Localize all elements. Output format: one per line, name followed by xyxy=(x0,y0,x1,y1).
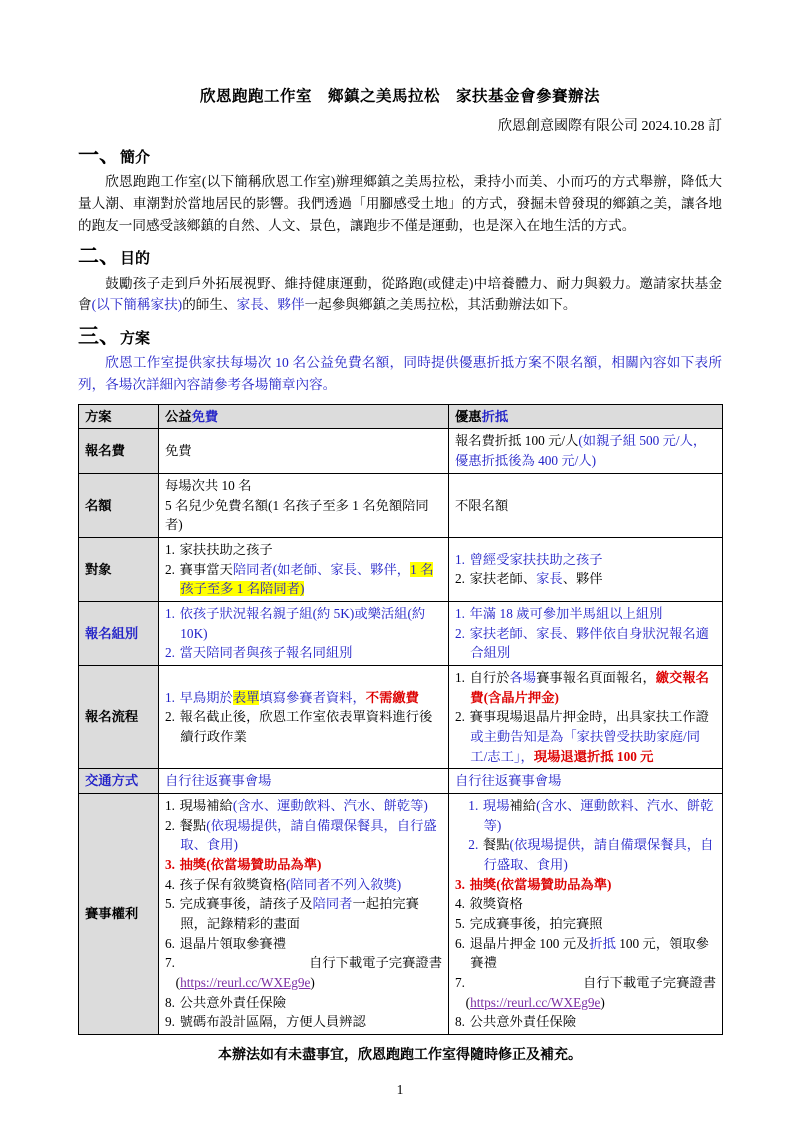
text-segment: 優惠 xyxy=(455,409,482,424)
text-segment: 每場次共 10 名 xyxy=(165,478,251,493)
list-item-number: 2. xyxy=(165,645,175,660)
list-item: 2.餐點(依現場提供，請自備環保餐具，自行盛取、食用) xyxy=(468,835,716,874)
list-item-number: 1. xyxy=(165,798,175,813)
text-line: 自行往返賽事會場 xyxy=(455,771,716,791)
text-segment: 敘獎資格 xyxy=(470,896,523,911)
table-header-cell: 方案 xyxy=(79,404,159,429)
right-aligned-text: 自行下載電子完賽證書 xyxy=(309,953,442,973)
text-segment: 賽事現場退晶片押金時，出具家扶工作證 xyxy=(470,709,709,724)
page-number: 1 xyxy=(0,1082,800,1098)
text-segment: 報名費折抵 100 元/人 xyxy=(455,433,578,448)
list-item-number: 1. xyxy=(468,798,478,813)
list-item-number: 9. xyxy=(165,1014,175,1029)
text-segment: 曾經受家扶扶助之孩子 xyxy=(470,552,603,567)
cell-discount: 自行往返賽事會場 xyxy=(449,769,723,794)
row-label-text: 交通方式 xyxy=(85,773,138,788)
list-item-number: 1. xyxy=(165,690,175,705)
document-footer: 本辦法如有未盡事宜，欣恩跑跑工作室得隨時修正及補充。 xyxy=(78,1044,722,1064)
list-item-number: 2. xyxy=(468,837,478,852)
list-item-number: 1. xyxy=(165,542,175,557)
list-item: 4.敘獎資格 xyxy=(455,894,716,914)
text-line: 每場次共 10 名 xyxy=(165,476,442,496)
text-segment: 自行往返賽事會場 xyxy=(455,773,561,788)
cell-discount: 1.現場補給(含水、運動飲料、汽水、餅乾等)2.餐點(依現場提供，請自備環保餐具… xyxy=(449,793,723,1034)
text-segment: 、夥伴 xyxy=(563,571,603,586)
list-item-number: 1. xyxy=(455,670,465,685)
text-segment: 完成賽事後，拍完賽照 xyxy=(470,916,603,931)
cell-discount: 1.自行於各場賽事報名頁面報名，繳交報名費(含晶片押金)2.賽事現場退晶片押金時… xyxy=(449,665,723,768)
list-item-number: 3. xyxy=(165,857,175,872)
text-line: (https://reurl.cc/WXEg9e) xyxy=(165,973,442,993)
section-number: 一、 xyxy=(78,143,120,167)
row-label-text: 名額 xyxy=(85,498,112,513)
text-segment: 依孩子狀況報名親子組(約 5K)或樂活組(約 10K) xyxy=(180,606,426,641)
certificate-link[interactable]: https://reurl.cc/WXEg9e xyxy=(470,995,600,1010)
text-segment: 免費 xyxy=(165,443,192,458)
text-segment: 餐點 xyxy=(180,818,207,833)
text-segment: 賽事報名頁面報名， xyxy=(536,670,656,685)
text-segment: 表單 xyxy=(233,690,260,705)
table-row-process: 報名流程1.早鳥期於表單填寫參賽者資料，不需繳費2.報名截止後，欣恩工作室依表單… xyxy=(79,665,723,768)
row-label: 報名費 xyxy=(79,429,159,473)
list-item: 9.號碼布設計區隔，方便人員辨認 xyxy=(165,1012,442,1032)
text-segment: 現場補給 xyxy=(180,798,233,813)
text-segment: 自行下載電子完賽證書 xyxy=(309,955,442,970)
text-segment: (以下簡稱家扶) xyxy=(92,297,183,312)
table-header-cell: 公益免費 xyxy=(159,404,449,429)
table-header-cell: 優惠折抵 xyxy=(449,404,723,429)
plan-table: 方案公益免費優惠折抵 報名費免費報名費折抵 100 元/人(如親子組 500 元… xyxy=(78,404,723,1035)
text-segment: 填寫參賽者資料， xyxy=(259,690,365,705)
list-item-number: 2. xyxy=(455,626,465,641)
list-item-number: 7. xyxy=(455,973,465,993)
section-heading-purpose: 二、目的 xyxy=(78,244,722,269)
text-segment: (含水、運動飲料、汽水、餅乾等) xyxy=(233,798,428,813)
cell-public-free: 1.現場補給(含水、運動飲料、汽水、餅乾等)2.餐點(依現場提供，請自備環保餐具… xyxy=(159,793,449,1034)
list-item: 1.早鳥期於表單填寫參賽者資料，不需繳費 xyxy=(165,688,442,708)
list-item-number: 2. xyxy=(455,571,465,586)
list-item-number: 2. xyxy=(455,709,465,724)
section-heading-intro: 一、簡介 xyxy=(78,143,722,168)
list-item: 1.現場補給(含水、運動飲料、汽水、餅乾等) xyxy=(468,796,716,835)
text-segment: 方案 xyxy=(85,409,112,424)
row-label: 對象 xyxy=(79,537,159,601)
text-segment: 欣恩跑跑工作室(以下簡稱欣恩工作室)辦理鄉鎮之美馬拉松，秉持小而美、小而巧的方式… xyxy=(78,174,722,233)
row-label: 報名組別 xyxy=(79,601,159,665)
section-title: 方案 xyxy=(120,331,150,347)
row-label-text: 賽事權利 xyxy=(85,906,138,921)
text-segment: 折抵 xyxy=(482,409,509,424)
table-row-target: 對象1.家扶扶助之孩子2.賽事當天陪同者(如老師、家長、夥伴，1 名孩子至多 1… xyxy=(79,537,723,601)
text-segment: 家長 xyxy=(536,571,563,586)
table-row-fee: 報名費免費報名費折抵 100 元/人(如親子組 500 元/人，優惠折抵後為 4… xyxy=(79,429,723,473)
text-segment: 家長、夥伴 xyxy=(237,297,305,312)
text-segment: 陪同者 xyxy=(313,896,353,911)
list-item: 7.自行下載電子完賽證書 xyxy=(455,973,716,993)
intro-paragraph: 欣恩跑跑工作室(以下簡稱欣恩工作室)辦理鄉鎮之美馬拉松，秉持小而美、小而巧的方式… xyxy=(78,171,722,236)
cell-public-free: 1.早鳥期於表單填寫參賽者資料，不需繳費2.報名截止後，欣恩工作室依表單資料進行… xyxy=(159,665,449,768)
text-segment: 公益 xyxy=(165,409,192,424)
text-segment: ) xyxy=(310,975,314,990)
section-number: 三、 xyxy=(78,324,120,348)
row-label-text: 報名流程 xyxy=(85,709,138,724)
document-page: 欣恩跑跑工作室 鄉鎮之美馬拉松 家扶基金會參賽辦法 欣恩創意國際有限公司 202… xyxy=(0,0,800,1064)
section-title: 目的 xyxy=(120,251,150,267)
plan-paragraph: 欣恩工作室提供家扶每場次 10 名公益免費名額，同時提供優惠折抵方案不限名額，相… xyxy=(78,352,722,396)
list-item: 2.報名截止後，欣恩工作室依表單資料進行後續行政作業 xyxy=(165,707,442,746)
row-label: 交通方式 xyxy=(79,769,159,794)
row-label-text: 報名組別 xyxy=(85,626,138,641)
list-item: 3.抽獎(依當場贊助品為準) xyxy=(165,855,442,875)
list-item-number: 5. xyxy=(165,896,175,911)
list-item-number: 4. xyxy=(165,877,175,892)
text-segment: 陪同者(如老師、家長、夥伴， xyxy=(233,562,410,577)
text-segment: 自行下載電子完賽證書 xyxy=(583,975,716,990)
cell-discount: 1.曾經受家扶扶助之孩子2.家扶老師、家長、夥伴 xyxy=(449,537,723,601)
text-segment: 免費 xyxy=(192,409,219,424)
list-item: 8.公共意外責任保險 xyxy=(165,993,442,1013)
list-item-number: 4. xyxy=(455,896,465,911)
list-item-number: 1. xyxy=(455,606,465,621)
list-item: 5.完成賽事後，請孩子及陪同者一起拍完賽照，記錄精彩的畫面 xyxy=(165,894,442,933)
text-segment: 一起參與鄉鎮之美馬拉松，其活動辦法如下。 xyxy=(305,297,577,312)
text-segment: 公共意外責任保險 xyxy=(470,1014,576,1029)
text-segment: 抽獎(依當場贊助品為準) xyxy=(180,857,322,872)
list-item-number: 6. xyxy=(165,936,175,951)
row-label: 報名流程 xyxy=(79,665,159,768)
table-header-row: 方案公益免費優惠折抵 xyxy=(79,404,723,429)
section-title: 簡介 xyxy=(120,150,150,166)
table-row-quota: 名額每場次共 10 名5 名兒少免費名額(1 名孩子至多 1 名免額陪同者)不限… xyxy=(79,473,723,537)
text-segment: 孩子保有敘獎資格 xyxy=(180,877,286,892)
list-item-number: 2. xyxy=(165,562,175,577)
list-item-number: 6. xyxy=(455,936,465,951)
row-label: 名額 xyxy=(79,473,159,537)
table-row-groups: 報名組別1.依孩子狀況報名親子組(約 5K)或樂活組(約 10K)2.當天陪同者… xyxy=(79,601,723,665)
text-segment: 年滿 18 歲可參加半馬組以上組別 xyxy=(470,606,663,621)
cell-public-free: 1.家扶扶助之孩子2.賽事當天陪同者(如老師、家長、夥伴，1 名孩子至多 1 名… xyxy=(159,537,449,601)
text-segment: 報名截止後，欣恩工作室依表單資料進行後續行政作業 xyxy=(180,709,433,744)
text-segment: 不需繳費 xyxy=(366,690,419,705)
list-item-number: 3. xyxy=(455,877,465,892)
list-item: 2.當天陪同者與孩子報名同組別 xyxy=(165,643,442,663)
text-segment: 現場 xyxy=(483,798,510,813)
text-segment: 家扶扶助之孩子 xyxy=(180,542,273,557)
text-segment: (依現場提供，請自備環保餐具，自行盛取、食用) xyxy=(484,837,714,872)
text-segment: 餐點 xyxy=(483,837,510,852)
cell-public-free: 1.依孩子狀況報名親子組(約 5K)或樂活組(約 10K)2.當天陪同者與孩子報… xyxy=(159,601,449,665)
purpose-paragraph: 鼓勵孩子走到戶外拓展視野、維持健康運動，從路跑(或健走)中培養體力、耐力與毅力。… xyxy=(78,273,722,317)
text-segment: 退晶片領取參賽禮 xyxy=(180,936,286,951)
text-segment: 不限名額 xyxy=(455,498,508,513)
text-segment: 的師生、 xyxy=(182,297,236,312)
list-item-number: 5. xyxy=(455,916,465,931)
cell-discount: 1.年滿 18 歲可參加半馬組以上組別2.家扶老師、家長、夥伴依自身狀況報名適合… xyxy=(449,601,723,665)
list-item-number: 1. xyxy=(455,552,465,567)
section-number: 二、 xyxy=(78,244,120,268)
text-line: 報名費折抵 100 元/人(如親子組 500 元/人，優惠折抵後為 400 元/… xyxy=(455,431,716,470)
list-item: 6.退晶片押金 100 元及折抵 100 元，領取參賽禮 xyxy=(455,934,716,973)
list-item: 2.餐點(依現場提供，請自備環保餐具，自行盛取、食用) xyxy=(165,816,442,855)
list-item: 2.家扶老師、家長、夥伴 xyxy=(455,569,716,589)
row-label-text: 報名費 xyxy=(85,443,125,458)
text-segment: 抽獎(依當場贊助品為準) xyxy=(470,877,612,892)
text-segment: 退晶片押金 100 元及 xyxy=(470,936,590,951)
cell-public-free: 每場次共 10 名5 名兒少免費名額(1 名孩子至多 1 名免額陪同者) xyxy=(159,473,449,537)
text-segment: 早鳥期於 xyxy=(180,690,233,705)
list-item: 7.自行下載電子完賽證書 xyxy=(165,953,442,973)
list-item-number: 8. xyxy=(165,995,175,1010)
list-item: 1.曾經受家扶扶助之孩子 xyxy=(455,550,716,570)
text-segment: (依現場提供，請自備環保餐具，自行盛取、食用) xyxy=(180,818,436,853)
row-label-text: 對象 xyxy=(85,562,112,577)
text-segment: 補給 xyxy=(510,798,537,813)
table-row-rights: 賽事權利1.現場補給(含水、運動飲料、汽水、餅乾等)2.餐點(依現場提供，請自備… xyxy=(79,793,723,1034)
text-line: (https://reurl.cc/WXEg9e) xyxy=(455,993,716,1013)
text-segment: 家扶老師、家長、夥伴依自身狀況報名適合組別 xyxy=(470,626,709,661)
text-line: 自行往返賽事會場 xyxy=(165,771,442,791)
list-item: 2.賽事現場退晶片押金時，出具家扶工作證或主動告知是為「家扶曾受扶助家庭/同工/… xyxy=(455,707,716,766)
certificate-link[interactable]: https://reurl.cc/WXEg9e xyxy=(180,975,310,990)
text-line: 免費 xyxy=(165,441,442,461)
list-item: 3.抽獎(依當場贊助品為準) xyxy=(455,875,716,895)
text-line: 不限名額 xyxy=(455,496,716,516)
text-segment: 自行於 xyxy=(470,670,510,685)
text-segment: 現場退還折抵 100 元 xyxy=(534,749,654,764)
list-item: 1.現場補給(含水、運動飲料、汽水、餅乾等) xyxy=(165,796,442,816)
cell-public-free: 免費 xyxy=(159,429,449,473)
table-row-transport: 交通方式自行往返賽事會場自行往返賽事會場 xyxy=(79,769,723,794)
cell-discount: 不限名額 xyxy=(449,473,723,537)
list-item: 1.自行於各場賽事報名頁面報名，繳交報名費(含晶片押金) xyxy=(455,668,716,707)
list-item: 2.家扶老師、家長、夥伴依自身狀況報名適合組別 xyxy=(455,624,716,663)
text-segment: 欣恩工作室提供家扶每場次 10 名公益免費名額，同時提供優惠折抵方案不限名額，相… xyxy=(78,355,722,392)
text-segment: 折抵 xyxy=(589,936,616,951)
list-item-number: 2. xyxy=(165,709,175,724)
list-item: 6.退晶片領取參賽禮 xyxy=(165,934,442,954)
cell-discount: 報名費折抵 100 元/人(如親子組 500 元/人，優惠折抵後為 400 元/… xyxy=(449,429,723,473)
text-segment: ) xyxy=(600,995,604,1010)
text-segment: 自行往返賽事會場 xyxy=(165,773,271,788)
list-item: 2.賽事當天陪同者(如老師、家長、夥伴，1 名孩子至多 1 名陪同者) xyxy=(165,560,442,599)
list-item-number: 2. xyxy=(165,818,175,833)
text-segment: 賽事當天 xyxy=(180,562,233,577)
row-label: 賽事權利 xyxy=(79,793,159,1034)
list-item-number: 1. xyxy=(165,606,175,621)
list-item: 1.年滿 18 歲可參加半馬組以上組別 xyxy=(455,604,716,624)
list-item-number: 7. xyxy=(165,953,175,973)
section-heading-plan: 三、方案 xyxy=(78,324,722,349)
list-item: 4.孩子保有敘獎資格(陪同者不列入敘獎) xyxy=(165,875,442,895)
text-line: 5 名兒少免費名額(1 名孩子至多 1 名免額陪同者) xyxy=(165,496,442,535)
text-segment: 完成賽事後，請孩子及 xyxy=(180,896,313,911)
list-item: 5.完成賽事後，拍完賽照 xyxy=(455,914,716,934)
text-segment: 5 名兒少免費名額(1 名孩子至多 1 名免額陪同者) xyxy=(165,498,429,533)
list-item: 1.依孩子狀況報名親子組(約 5K)或樂活組(約 10K) xyxy=(165,604,442,643)
text-segment: 公共意外責任保險 xyxy=(180,995,286,1010)
document-title: 欣恩跑跑工作室 鄉鎮之美馬拉松 家扶基金會參賽辦法 xyxy=(78,84,722,106)
list-item: 8.公共意外責任保險 xyxy=(455,1012,716,1032)
text-segment: 號碼布設計區隔，方便人員辨認 xyxy=(180,1014,366,1029)
text-segment: 各場 xyxy=(510,670,537,685)
list-item-number: 8. xyxy=(455,1014,465,1029)
cell-public-free: 自行往返賽事會場 xyxy=(159,769,449,794)
text-segment: 家扶老師、 xyxy=(470,571,536,586)
list-item: 1.家扶扶助之孩子 xyxy=(165,540,442,560)
text-segment: (陪同者不列入敘獎) xyxy=(286,877,401,892)
right-aligned-text: 自行下載電子完賽證書 xyxy=(583,973,716,993)
document-byline: 欣恩創意國際有限公司 2024.10.28 訂 xyxy=(78,115,722,135)
text-segment: 當天陪同者與孩子報名同組別 xyxy=(180,645,353,660)
